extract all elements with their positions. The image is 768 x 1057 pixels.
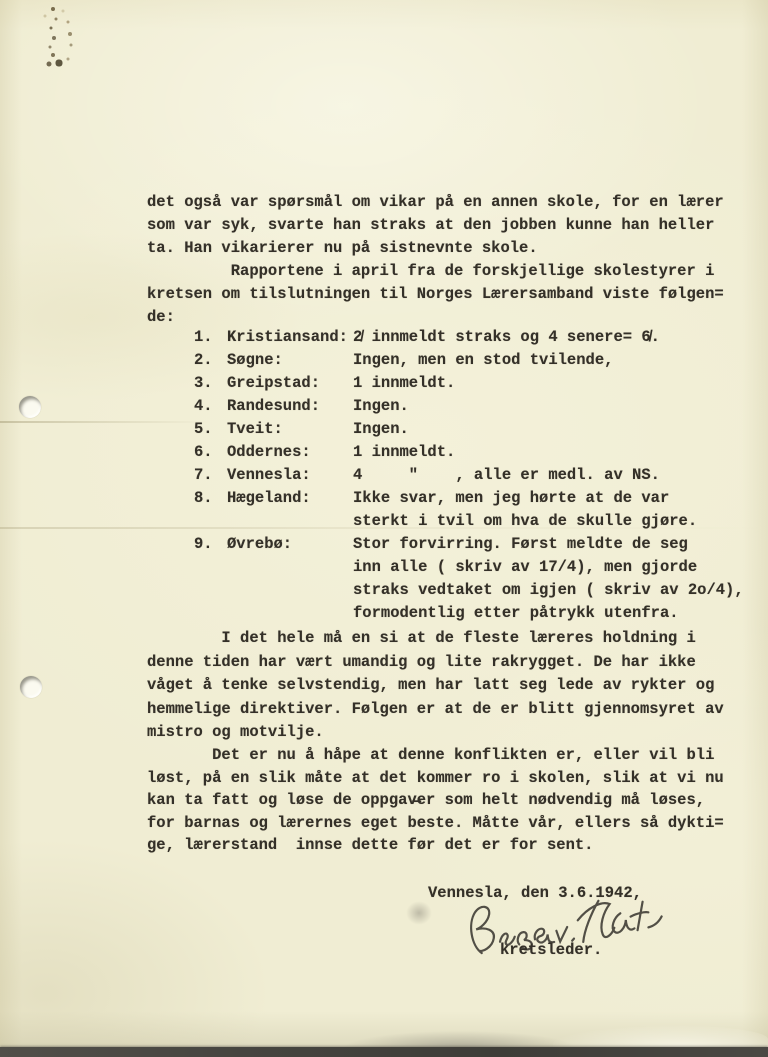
- text-line: våget å tenke selvstendig, men har latt …: [147, 674, 724, 698]
- text-line: denne tiden har vært umandig og lite rak…: [147, 651, 724, 675]
- list-item: 8. Hægeland: Ikke svar, men jeg hørte at…: [147, 487, 768, 533]
- district-name: Vennesla:: [227, 464, 353, 487]
- district-report: Ingen.: [353, 395, 768, 418]
- district-name: Randesund:: [227, 395, 353, 418]
- text-line: mistro og motvilje.: [147, 721, 724, 745]
- list-item: 9. Øvrebø: Stor forvirring. Først meldte…: [147, 533, 768, 625]
- scanned-letter-page: det også var spørsmål om vikar på en ann…: [0, 0, 768, 1057]
- item-number: 3.: [194, 372, 227, 395]
- district-report-list: 1. Kristiansand: 2̸ innmeldt straks og 4…: [147, 326, 768, 625]
- text-line: I det hele må en si at de fleste læreres…: [147, 627, 724, 651]
- district-report: Ingen, men en stod tvilende,: [353, 349, 768, 372]
- item-number: 2.: [194, 349, 227, 372]
- staple-rust-marks: [0, 0, 2, 2]
- district-name: Greipstad:: [227, 372, 353, 395]
- signature-role: kretsleder.: [500, 939, 602, 962]
- district-report: 2̸ innmeldt straks og 4 senere= 6̸.: [353, 326, 768, 349]
- item-number: 4.: [194, 395, 227, 418]
- district-name: Tveit:: [227, 418, 353, 441]
- text-line: løst, på en slik måte at det kommer ro i…: [147, 767, 724, 790]
- item-number: 7.: [194, 464, 227, 487]
- item-number: 1.: [194, 326, 227, 349]
- text-line: Rapportene i april fra de forskjellige s…: [147, 260, 724, 283]
- list-item: 2. Søgne: Ingen, men en stod tvilende,: [147, 349, 768, 372]
- punch-hole-top: [19, 396, 41, 418]
- text-line: som var syk, svarte han straks at den jo…: [147, 214, 724, 237]
- list-item: 3. Greipstad: 1 innmeldt.: [147, 372, 768, 395]
- body-paragraph-3: Det er nu å håpe at denne konflikten er,…: [147, 744, 724, 857]
- district-report: Ikke svar, men jeg hørte at de var sterk…: [353, 487, 768, 533]
- district-report: 4 " , alle er medl. av NS.: [353, 464, 768, 487]
- ink-smudge: [406, 901, 432, 925]
- list-item: 7. Vennesla: 4 " , alle er medl. av NS.: [147, 464, 768, 487]
- list-item: 6. Oddernes: 1 innmeldt.: [147, 441, 768, 464]
- text-line: ta. Han vikarierer nu på sistnevnte skol…: [147, 237, 724, 260]
- text-line: for barnas og lærernes eget beste. Måtte…: [147, 812, 724, 835]
- district-name: Hægeland:: [227, 487, 353, 510]
- district-report: 1 innmeldt.: [353, 441, 768, 464]
- district-name: Øvrebø:: [227, 533, 353, 556]
- scan-edge-strip: [0, 1047, 768, 1057]
- item-number: 6.: [194, 441, 227, 464]
- list-item: 1. Kristiansand: 2̸ innmeldt straks og 4…: [147, 326, 768, 349]
- list-item: 4. Randesund: Ingen.: [147, 395, 768, 418]
- text-line: hemmelige direktiver. Følgen er at de er…: [147, 698, 724, 722]
- item-number: 8.: [194, 487, 227, 510]
- district-report: Ingen.: [353, 418, 768, 441]
- district-name: Oddernes:: [227, 441, 353, 464]
- text-line: ge, lærerstand innse dette før det er fo…: [147, 834, 724, 857]
- body-paragraph-2: I det hele må en si at de fleste læreres…: [147, 627, 724, 745]
- item-number: 9.: [194, 533, 227, 556]
- punch-hole-bottom: [20, 676, 42, 698]
- text-line: kan ta fatt og løse de oppgav̶er som hel…: [147, 789, 724, 812]
- body-paragraph-1: det også var spørsmål om vikar på en ann…: [147, 191, 724, 329]
- text-line: Det er nu å håpe at denne konflikten er,…: [147, 744, 724, 767]
- paper-edge-highlight: [553, 1026, 768, 1048]
- list-item: 5. Tveit: Ingen.: [147, 418, 768, 441]
- text-line: det også var spørsmål om vikar på en ann…: [147, 191, 724, 214]
- district-report: 1 innmeldt.: [353, 372, 768, 395]
- text-line: kretsen om tilslutningen til Norges Lære…: [147, 283, 724, 306]
- district-name: Kristiansand:: [227, 326, 353, 349]
- district-report: Stor forvirring. Først meldte de seg inn…: [353, 533, 768, 625]
- district-name: Søgne:: [227, 349, 353, 372]
- item-number: 5.: [194, 418, 227, 441]
